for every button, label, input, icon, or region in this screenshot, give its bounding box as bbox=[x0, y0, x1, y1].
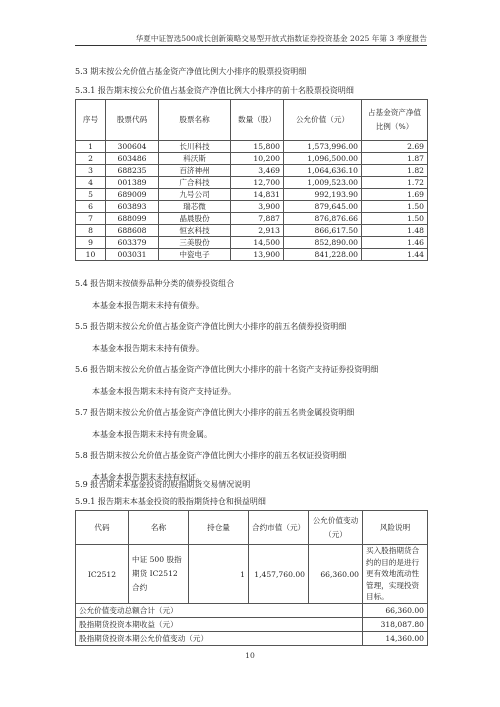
section-5-7-heading: 5.7 报告期末按公允价值占基金资产净值比例大小排序的前五名贵金属投资明细 bbox=[75, 407, 354, 419]
cell-index: 7 bbox=[76, 213, 106, 225]
cell-ratio: 2.69 bbox=[362, 141, 428, 153]
section-5-3-1-heading: 5.3.1 报告期末按公允价值占基金资产净值比例大小排序的前十名股票投资明细 bbox=[75, 85, 354, 97]
cell-fair-value: 841,228.00 bbox=[284, 249, 362, 261]
report-header: 华夏中证智选500成长创新策略交易型开放式指数证券投资基金 2025 年第 3 … bbox=[75, 33, 427, 46]
summary-label: 公允价值变动总额合计（元） bbox=[76, 604, 363, 618]
section-5-9-1-heading: 5.9.1 报告期末本基金投资的股指期货持仓和损益明细 bbox=[75, 496, 266, 508]
cell-code: 688235 bbox=[106, 165, 159, 177]
cell-code: 001389 bbox=[106, 177, 159, 189]
cell-name: 中瓷电子 bbox=[159, 249, 231, 261]
col-header-market-value: 合约市值（元） bbox=[249, 511, 309, 545]
cell-fair-value: 992,193.90 bbox=[284, 189, 362, 201]
page-number: 10 bbox=[0, 651, 500, 660]
cell-name: 百济神州 bbox=[159, 165, 231, 177]
summary-value: 318,087.80 bbox=[363, 618, 428, 632]
section-5-5-heading: 5.5 报告期末按公允价值占基金资产净值比例大小排序的前五名债券投资明细 bbox=[75, 321, 346, 333]
col-header-fair-value: 公允价值（元） bbox=[284, 100, 362, 141]
cell-ratio: 1.48 bbox=[362, 225, 428, 237]
cell-index: 10 bbox=[76, 249, 106, 261]
cell-ratio: 1.72 bbox=[362, 177, 428, 189]
cell-code: IC2512 bbox=[76, 545, 129, 604]
summary-row: 股指期货投资本期公允价值变动（元） 14,360.00 bbox=[76, 632, 428, 646]
section-5-6-heading: 5.6 报告期末按公允价值占基金资产净值比例大小排序的前十名资产支持证券投资明细 bbox=[75, 364, 378, 376]
cell-index: 1 bbox=[76, 141, 106, 153]
cell-quantity: 14,831 bbox=[231, 189, 284, 201]
summary-value: 66,360.00 bbox=[363, 604, 428, 618]
cell-fair-value: 1,064,636.10 bbox=[284, 165, 362, 177]
cell-fair-value: 1,573,996.00 bbox=[284, 141, 362, 153]
cell-fair-value: 866,617.50 bbox=[284, 225, 362, 237]
cell-name: 九号公司 bbox=[159, 189, 231, 201]
table-row: 7 688099 晶晨股份 7,887 876,876.66 1.50 bbox=[76, 213, 428, 225]
section-5-7-text: 本基金本报告期末未持有贵金属。 bbox=[92, 429, 212, 441]
table-row: 5 689009 九号公司 14,831 992,193.90 1.69 bbox=[76, 189, 428, 201]
cell-name: 中证 500 股指期货 IC2512 合约 bbox=[129, 545, 189, 604]
section-5-5-text: 本基金本报告期末未持有债券。 bbox=[92, 343, 204, 355]
cell-name: 三美股份 bbox=[159, 237, 231, 249]
table-row: 4 001389 广合科技 12,700 1,009,523.00 1.72 bbox=[76, 177, 428, 189]
section-5-8-heading: 5.8 报告期末按公允价值占基金资产净值比例大小排序的前五名权证投资明细 bbox=[75, 450, 346, 462]
cell-position: 1 bbox=[189, 545, 249, 604]
table-row: 8 688608 恒玄科技 2,913 866,617.50 1.48 bbox=[76, 225, 428, 237]
cell-ratio: 1.50 bbox=[362, 213, 428, 225]
table-row: 9 603379 三美股份 14,500 852,890.00 1.46 bbox=[76, 237, 428, 249]
col-header-index: 序号 bbox=[76, 100, 106, 141]
section-5-3-heading: 5.3 期末按公允价值占基金资产净值比例大小排序的股票投资明细 bbox=[75, 66, 306, 78]
cell-code: 603379 bbox=[106, 237, 159, 249]
table-row: 2 603486 科沃斯 10,200 1,096,500.00 1.87 bbox=[76, 153, 428, 165]
cell-fv-change: 66,360.00 bbox=[309, 545, 363, 604]
cell-name: 瑞芯微 bbox=[159, 201, 231, 213]
cell-name: 晶晨股份 bbox=[159, 213, 231, 225]
cell-market-value: 1,457,760.00 bbox=[249, 545, 309, 604]
cell-quantity: 3,900 bbox=[231, 201, 284, 213]
cell-ratio: 1.82 bbox=[362, 165, 428, 177]
cell-fair-value: 876,876.66 bbox=[284, 213, 362, 225]
col-header-name: 名称 bbox=[129, 511, 189, 545]
cell-index: 9 bbox=[76, 237, 106, 249]
col-header-nav-ratio: 占基金资产净值比例（%） bbox=[362, 100, 428, 141]
table-row: 1 300604 长川科技 15,800 1,573,996.00 2.69 bbox=[76, 141, 428, 153]
summary-label: 股指期货投资本期公允价值变动（元） bbox=[76, 632, 363, 646]
summary-row: 股指期货投资本期收益（元） 318,087.80 bbox=[76, 618, 428, 632]
col-header-name: 股票名称 bbox=[159, 100, 231, 141]
cell-quantity: 12,700 bbox=[231, 177, 284, 189]
cell-code: 688608 bbox=[106, 225, 159, 237]
summary-row: 公允价值变动总额合计（元） 66,360.00 bbox=[76, 604, 428, 618]
cell-fair-value: 879,645.00 bbox=[284, 201, 362, 213]
cell-name: 广合科技 bbox=[159, 177, 231, 189]
section-5-6-text: 本基金本报告期末未持有资产支持证券。 bbox=[92, 386, 236, 398]
cell-index: 2 bbox=[76, 153, 106, 165]
cell-ratio: 1.44 bbox=[362, 249, 428, 261]
cell-fair-value: 1,096,500.00 bbox=[284, 153, 362, 165]
summary-value: 14,360.00 bbox=[363, 632, 428, 646]
table-row: 10 003031 中瓷电子 13,900 841,228.00 1.44 bbox=[76, 249, 428, 261]
col-header-position: 持仓量 bbox=[189, 511, 249, 545]
cell-quantity: 13,900 bbox=[231, 249, 284, 261]
col-header-quantity: 数量（股） bbox=[231, 100, 284, 141]
cell-fair-value: 852,890.00 bbox=[284, 237, 362, 249]
cell-index: 8 bbox=[76, 225, 106, 237]
table-header-row: 序号 股票代码 股票名称 数量（股） 公允价值（元） 占基金资产净值比例（%） bbox=[76, 100, 428, 141]
cell-quantity: 10,200 bbox=[231, 153, 284, 165]
col-header-fv-change: 公允价值变动（元） bbox=[309, 511, 363, 545]
cell-fair-value: 1,009,523.00 bbox=[284, 177, 362, 189]
cell-code: 603893 bbox=[106, 201, 159, 213]
cell-index: 6 bbox=[76, 201, 106, 213]
cell-ratio: 1.46 bbox=[362, 237, 428, 249]
col-header-code: 代码 bbox=[76, 511, 129, 545]
cell-index: 3 bbox=[76, 165, 106, 177]
cell-index: 4 bbox=[76, 177, 106, 189]
summary-label: 股指期货投资本期收益（元） bbox=[76, 618, 363, 632]
cell-quantity: 2,913 bbox=[231, 225, 284, 237]
cell-ratio: 1.87 bbox=[362, 153, 428, 165]
cell-risk: 买入股指期货合约的目的是进行更有效地流动性管理，实现投资目标。 bbox=[363, 545, 428, 604]
section-5-4-text: 本基金本报告期末未持有债券。 bbox=[92, 300, 204, 312]
section-5-9-heading: 5.9 报告期末本基金投资的股指期货交易情况说明 bbox=[75, 479, 250, 491]
cell-code: 603486 bbox=[106, 153, 159, 165]
table-header-row: 代码 名称 持仓量 合约市值（元） 公允价值变动（元） 风险说明 bbox=[76, 511, 428, 545]
col-header-code: 股票代码 bbox=[106, 100, 159, 141]
cell-quantity: 15,800 bbox=[231, 141, 284, 153]
cell-name: 长川科技 bbox=[159, 141, 231, 153]
index-futures-table: 代码 名称 持仓量 合约市值（元） 公允价值变动（元） 风险说明 IC2512 … bbox=[75, 510, 428, 646]
cell-quantity: 14,500 bbox=[231, 237, 284, 249]
table-row: IC2512 中证 500 股指期货 IC2512 合约 1 1,457,760… bbox=[76, 545, 428, 604]
cell-code: 003031 bbox=[106, 249, 159, 261]
top-ten-stocks-table: 序号 股票代码 股票名称 数量（股） 公允价值（元） 占基金资产净值比例（%） … bbox=[75, 99, 428, 261]
col-header-risk: 风险说明 bbox=[363, 511, 428, 545]
cell-code: 689009 bbox=[106, 189, 159, 201]
cell-code: 688099 bbox=[106, 213, 159, 225]
cell-index: 5 bbox=[76, 189, 106, 201]
table-row: 6 603893 瑞芯微 3,900 879,645.00 1.50 bbox=[76, 201, 428, 213]
cell-ratio: 1.50 bbox=[362, 201, 428, 213]
cell-code: 300604 bbox=[106, 141, 159, 153]
cell-ratio: 1.69 bbox=[362, 189, 428, 201]
table-row: 3 688235 百济神州 3,469 1,064,636.10 1.82 bbox=[76, 165, 428, 177]
section-5-4-heading: 5.4 报告期末按债券品种分类的债券投资组合 bbox=[75, 278, 234, 290]
cell-quantity: 7,887 bbox=[231, 213, 284, 225]
cell-quantity: 3,469 bbox=[231, 165, 284, 177]
cell-name: 科沃斯 bbox=[159, 153, 231, 165]
cell-name: 恒玄科技 bbox=[159, 225, 231, 237]
